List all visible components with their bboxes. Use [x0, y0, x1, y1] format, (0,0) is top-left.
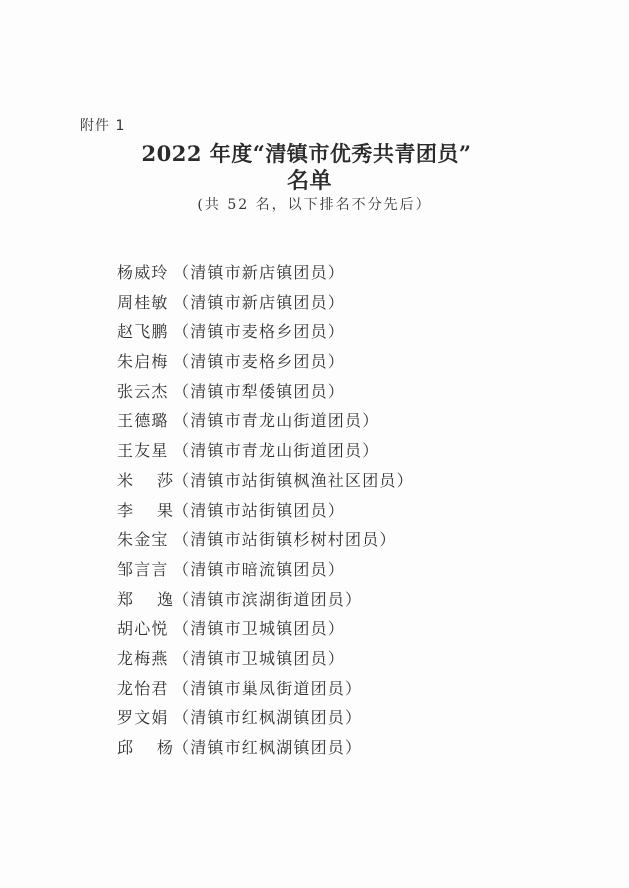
list-item: 罗文娟（清镇市红枫湖镇团员）	[117, 703, 414, 733]
attachment-label: 附件 1	[80, 115, 125, 135]
member-name: 朱启梅	[117, 347, 173, 377]
list-item: 龙梅燕（清镇市卫城镇团员）	[117, 644, 414, 674]
member-unit: （清镇市滨湖街道团员）	[173, 585, 362, 615]
list-item: 邹言言（清镇市暗流镇团员）	[117, 555, 414, 585]
member-name: 赵飞鹏	[117, 317, 173, 347]
list-item: 张云杰（清镇市犁倭镇团员）	[117, 377, 414, 407]
list-item: 李果（清镇市站街镇团员）	[117, 496, 414, 526]
member-name: 郑逸	[117, 585, 173, 615]
list-item: 周桂敏（清镇市新店镇团员）	[117, 288, 414, 318]
member-unit: （清镇市站街镇团员）	[173, 496, 345, 526]
list-item: 郑逸（清镇市滨湖街道团员）	[117, 585, 414, 615]
member-name: 杨威玲	[117, 258, 173, 288]
list-item: 龙怡君（清镇市巢凤街道团员）	[117, 674, 414, 704]
member-name: 罗文娟	[117, 703, 173, 733]
list-item: 朱启梅（清镇市麦格乡团员）	[117, 347, 414, 377]
member-unit: （清镇市新店镇团员）	[173, 258, 345, 288]
member-name: 张云杰	[117, 377, 173, 407]
member-unit: （清镇市暗流镇团员）	[173, 555, 345, 585]
member-name: 王德璐	[117, 406, 173, 436]
member-name: 龙梅燕	[117, 644, 173, 674]
member-name: 米莎	[117, 466, 173, 496]
member-unit: （清镇市站街镇杉树村团员）	[173, 525, 397, 555]
member-unit: （清镇市麦格乡团员）	[173, 317, 345, 347]
member-unit: （清镇市卫城镇团员）	[173, 614, 345, 644]
member-name: 周桂敏	[117, 288, 173, 318]
document-subtitle: (共 52 名，以下排名不分先后）	[0, 194, 629, 214]
list-item: 王德璐（清镇市青龙山街道团员）	[117, 406, 414, 436]
member-list: 杨威玲（清镇市新店镇团员） 周桂敏（清镇市新店镇团员） 赵飞鹏（清镇市麦格乡团员…	[117, 258, 414, 763]
member-name: 邹言言	[117, 555, 173, 585]
member-name: 王友星	[117, 436, 173, 466]
list-item: 邱杨（清镇市红枫湖镇团员）	[117, 733, 414, 763]
list-item: 杨威玲（清镇市新店镇团员）	[117, 258, 414, 288]
member-unit: （清镇市红枫湖镇团员）	[173, 733, 362, 763]
member-unit: （清镇市青龙山街道团员）	[173, 436, 379, 466]
member-name: 朱金宝	[117, 525, 173, 555]
member-name: 龙怡君	[117, 674, 173, 704]
list-item: 米莎（清镇市站街镇枫渔社区团员）	[117, 466, 414, 496]
list-item: 赵飞鹏（清镇市麦格乡团员）	[117, 317, 414, 347]
list-item: 朱金宝（清镇市站街镇杉树村团员）	[117, 525, 414, 555]
member-unit: （清镇市巢凤街道团员）	[173, 674, 362, 704]
member-name: 李果	[117, 496, 173, 526]
list-item: 胡心悦（清镇市卫城镇团员）	[117, 614, 414, 644]
document-title-line2: 名单	[0, 164, 624, 195]
member-unit: （清镇市新店镇团员）	[173, 288, 345, 318]
member-unit: （清镇市红枫湖镇团员）	[173, 703, 362, 733]
member-unit: （清镇市麦格乡团员）	[173, 347, 345, 377]
member-name: 胡心悦	[117, 614, 173, 644]
member-unit: （清镇市青龙山街道团员）	[173, 406, 379, 436]
member-name: 邱杨	[117, 733, 173, 763]
member-unit: （清镇市站街镇枫渔社区团员）	[173, 466, 414, 496]
member-unit: （清镇市卫城镇团员）	[173, 644, 345, 674]
member-unit: （清镇市犁倭镇团员）	[173, 377, 345, 407]
list-item: 王友星（清镇市青龙山街道团员）	[117, 436, 414, 466]
